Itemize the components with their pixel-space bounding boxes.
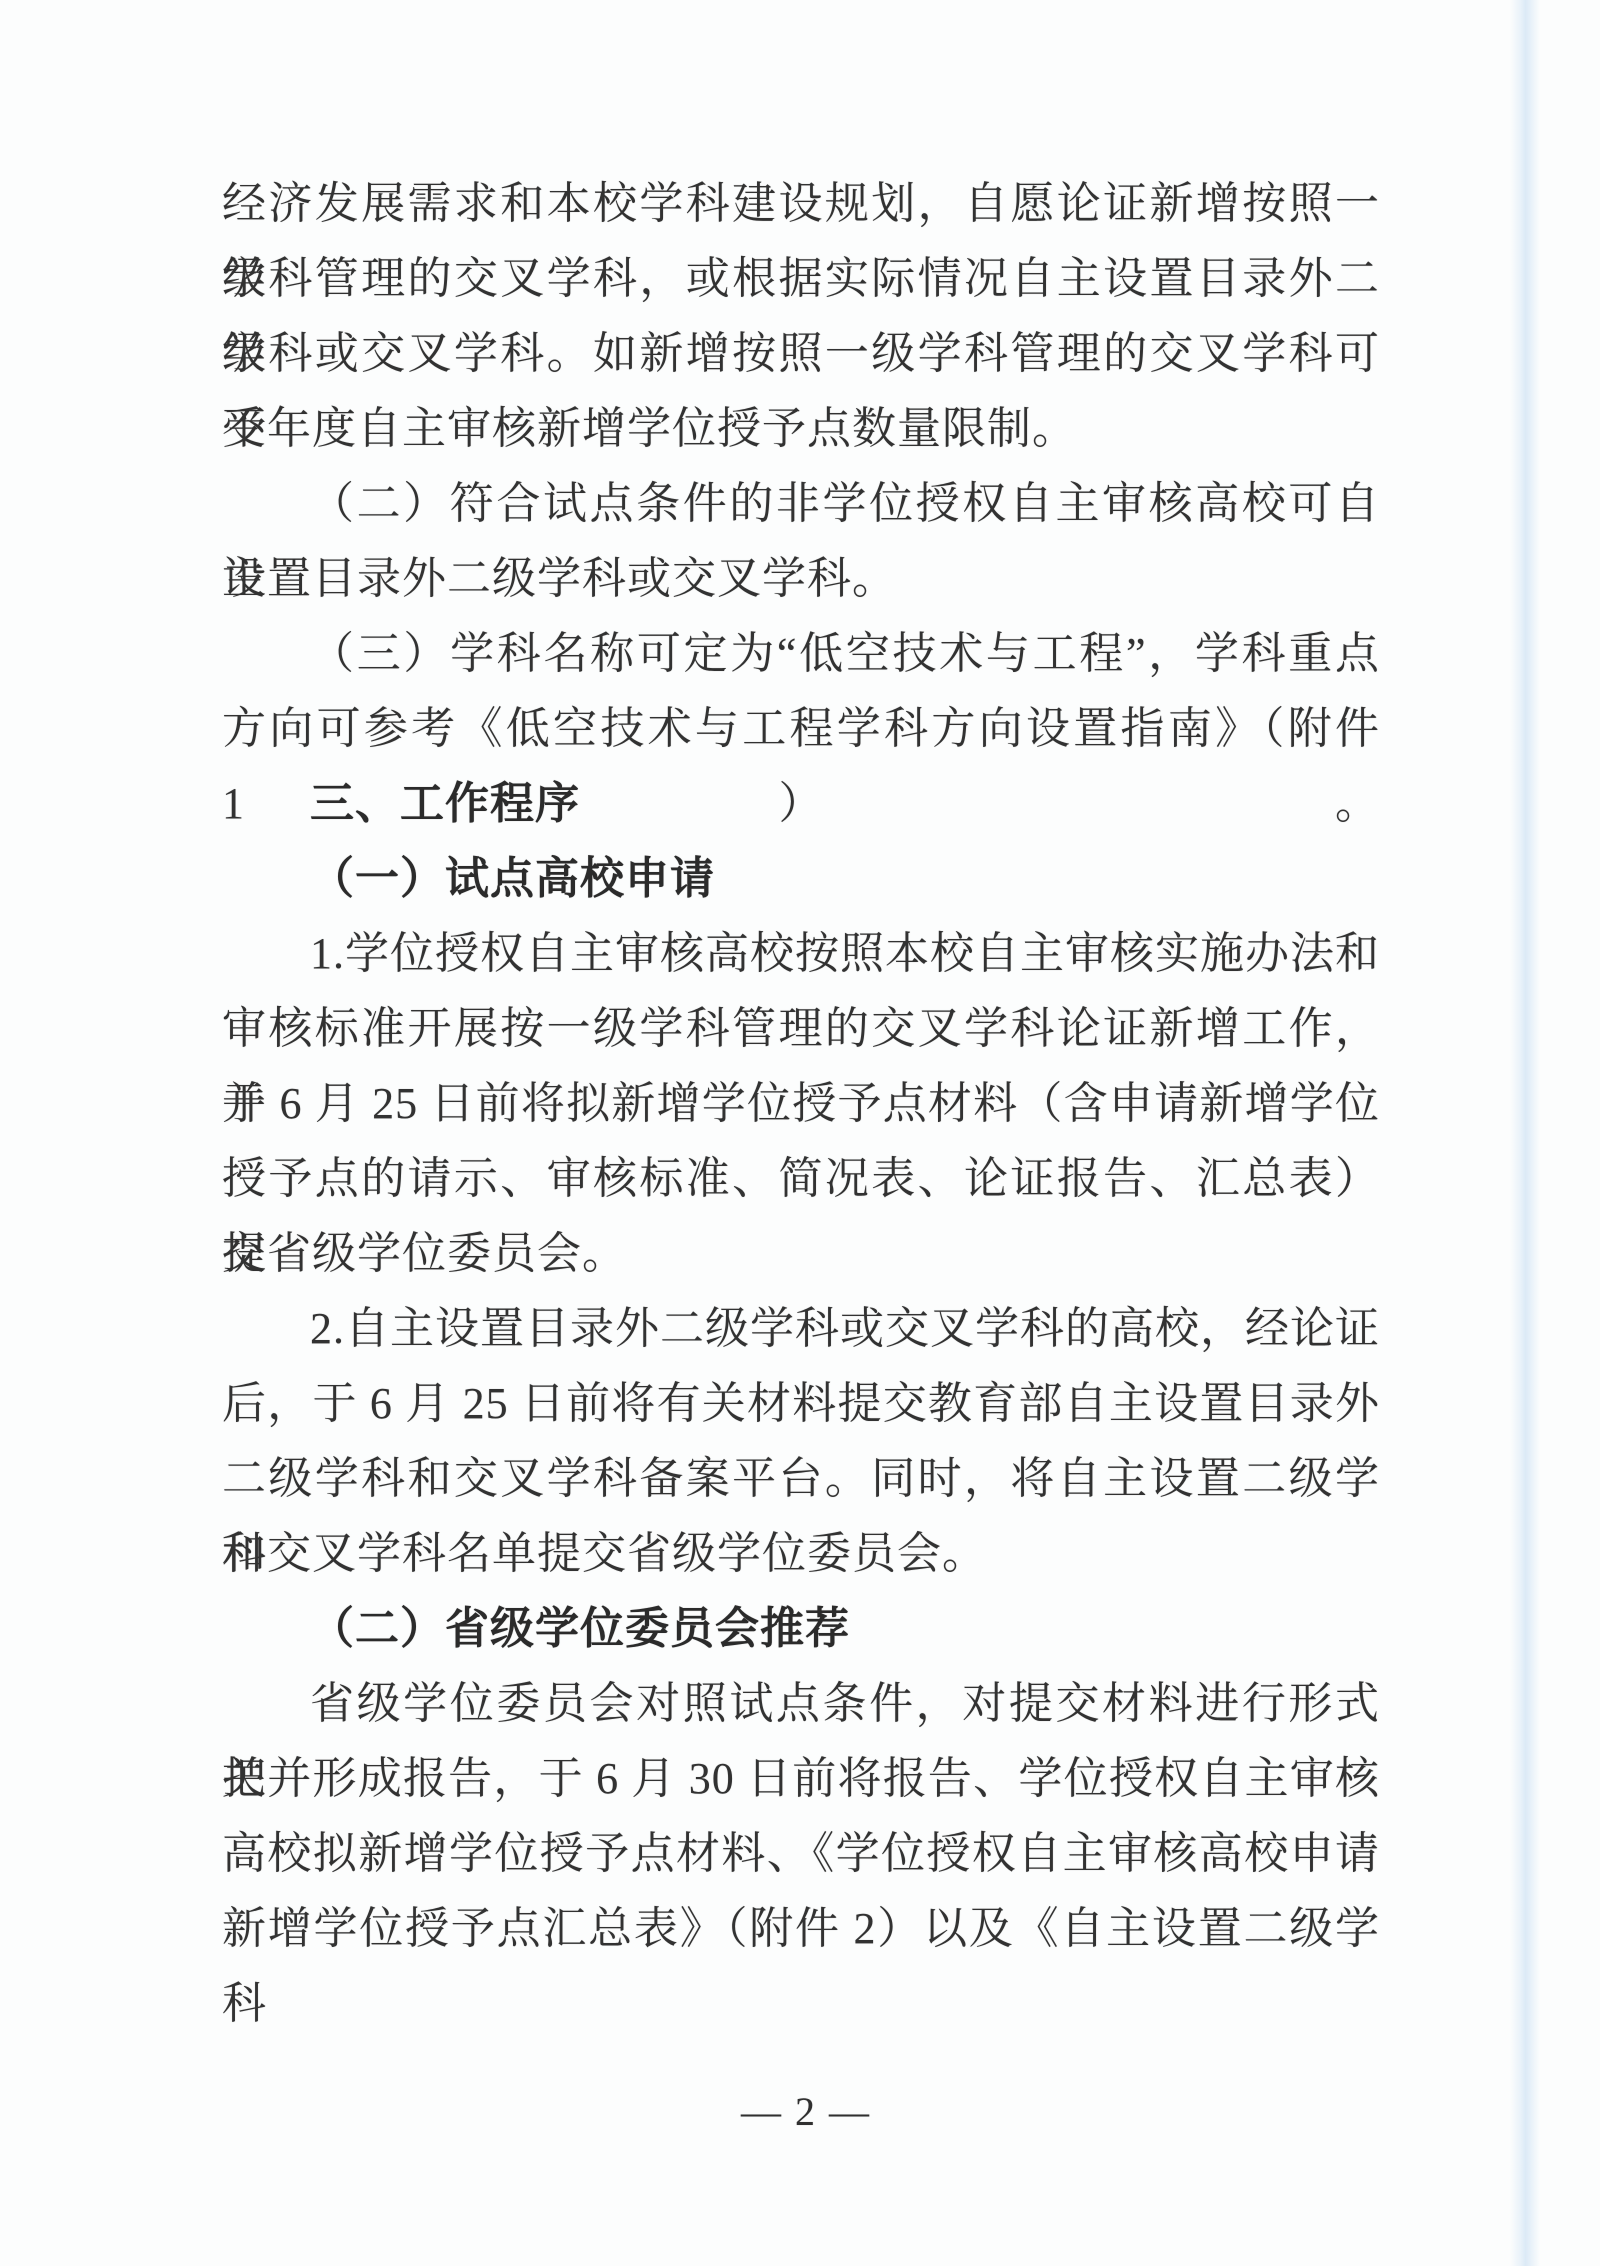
text-line: 高校拟新增学位授予点材料、《学位授权自主审核高校申请 [222,1816,1380,1891]
text-line: 学科或交叉学科。如新增按照一级学科管理的交叉学科可不 [222,316,1380,391]
text-line: 方向可参考《低空技术与工程学科方向设置指南》（附件 1）。 [222,691,1380,766]
text-line: 二级学科和交叉学科备案平台。同时，将自主设置二级学科 [222,1441,1380,1516]
text-line: 2.自主设置目录外二级学科或交叉学科的高校，经论证 [222,1291,1380,1366]
heading-line: （二）省级学位委员会推荐 [222,1591,1380,1666]
text-line: 审核标准开展按一级学科管理的交叉学科论证新增工作，并 [222,991,1380,1066]
page-number: — 2 — [0,2090,1600,2134]
heading-line: （一）试点高校申请 [222,841,1380,916]
text-line: （三）学科名称可定为“低空技术与工程”，学科重点 [222,616,1380,691]
text-line: （二）符合试点条件的非学位授权自主审核高校可自主 [222,466,1380,541]
text-line: 学科管理的交叉学科，或根据实际情况自主设置目录外二级 [222,241,1380,316]
scanned-document-page: 经济发展需求和本校学科建设规划，自愿论证新增按照一级学科管理的交叉学科，或根据实… [0,0,1600,2266]
text-line: 新增学位授予点汇总表》（附件 2）以及《自主设置二级学科 [222,1891,1380,1966]
text-line: 于 6 月 25 日前将拟新增学位授予点材料（含申请新增学位 [222,1066,1380,1141]
text-line: 受年度自主审核新增学位授予点数量限制。 [222,391,1380,466]
text-line: 交省级学位委员会。 [222,1216,1380,1291]
text-line: 省级学位委员会对照试点条件，对提交材料进行形式把 [222,1666,1380,1741]
text-line: 经济发展需求和本校学科建设规划，自愿论证新增按照一级 [222,166,1380,241]
text-line: 1.学位授权自主审核高校按照本校自主审核实施办法和 [222,916,1380,991]
text-line: 和交叉学科名单提交省级学位委员会。 [222,1516,1380,1591]
text-line: 后，于 6 月 25 日前将有关材料提交教育部自主设置目录外 [222,1366,1380,1441]
scan-artifact-band [1510,0,1540,2266]
document-body: 经济发展需求和本校学科建设规划，自愿论证新增按照一级学科管理的交叉学科，或根据实… [222,166,1380,1966]
text-line: 授予点的请示、审核标准、简况表、论证报告、汇总表）提 [222,1141,1380,1216]
text-line: 关并形成报告，于 6 月 30 日前将报告、学位授权自主审核 [222,1741,1380,1816]
text-line: 设置目录外二级学科或交叉学科。 [222,541,1380,616]
